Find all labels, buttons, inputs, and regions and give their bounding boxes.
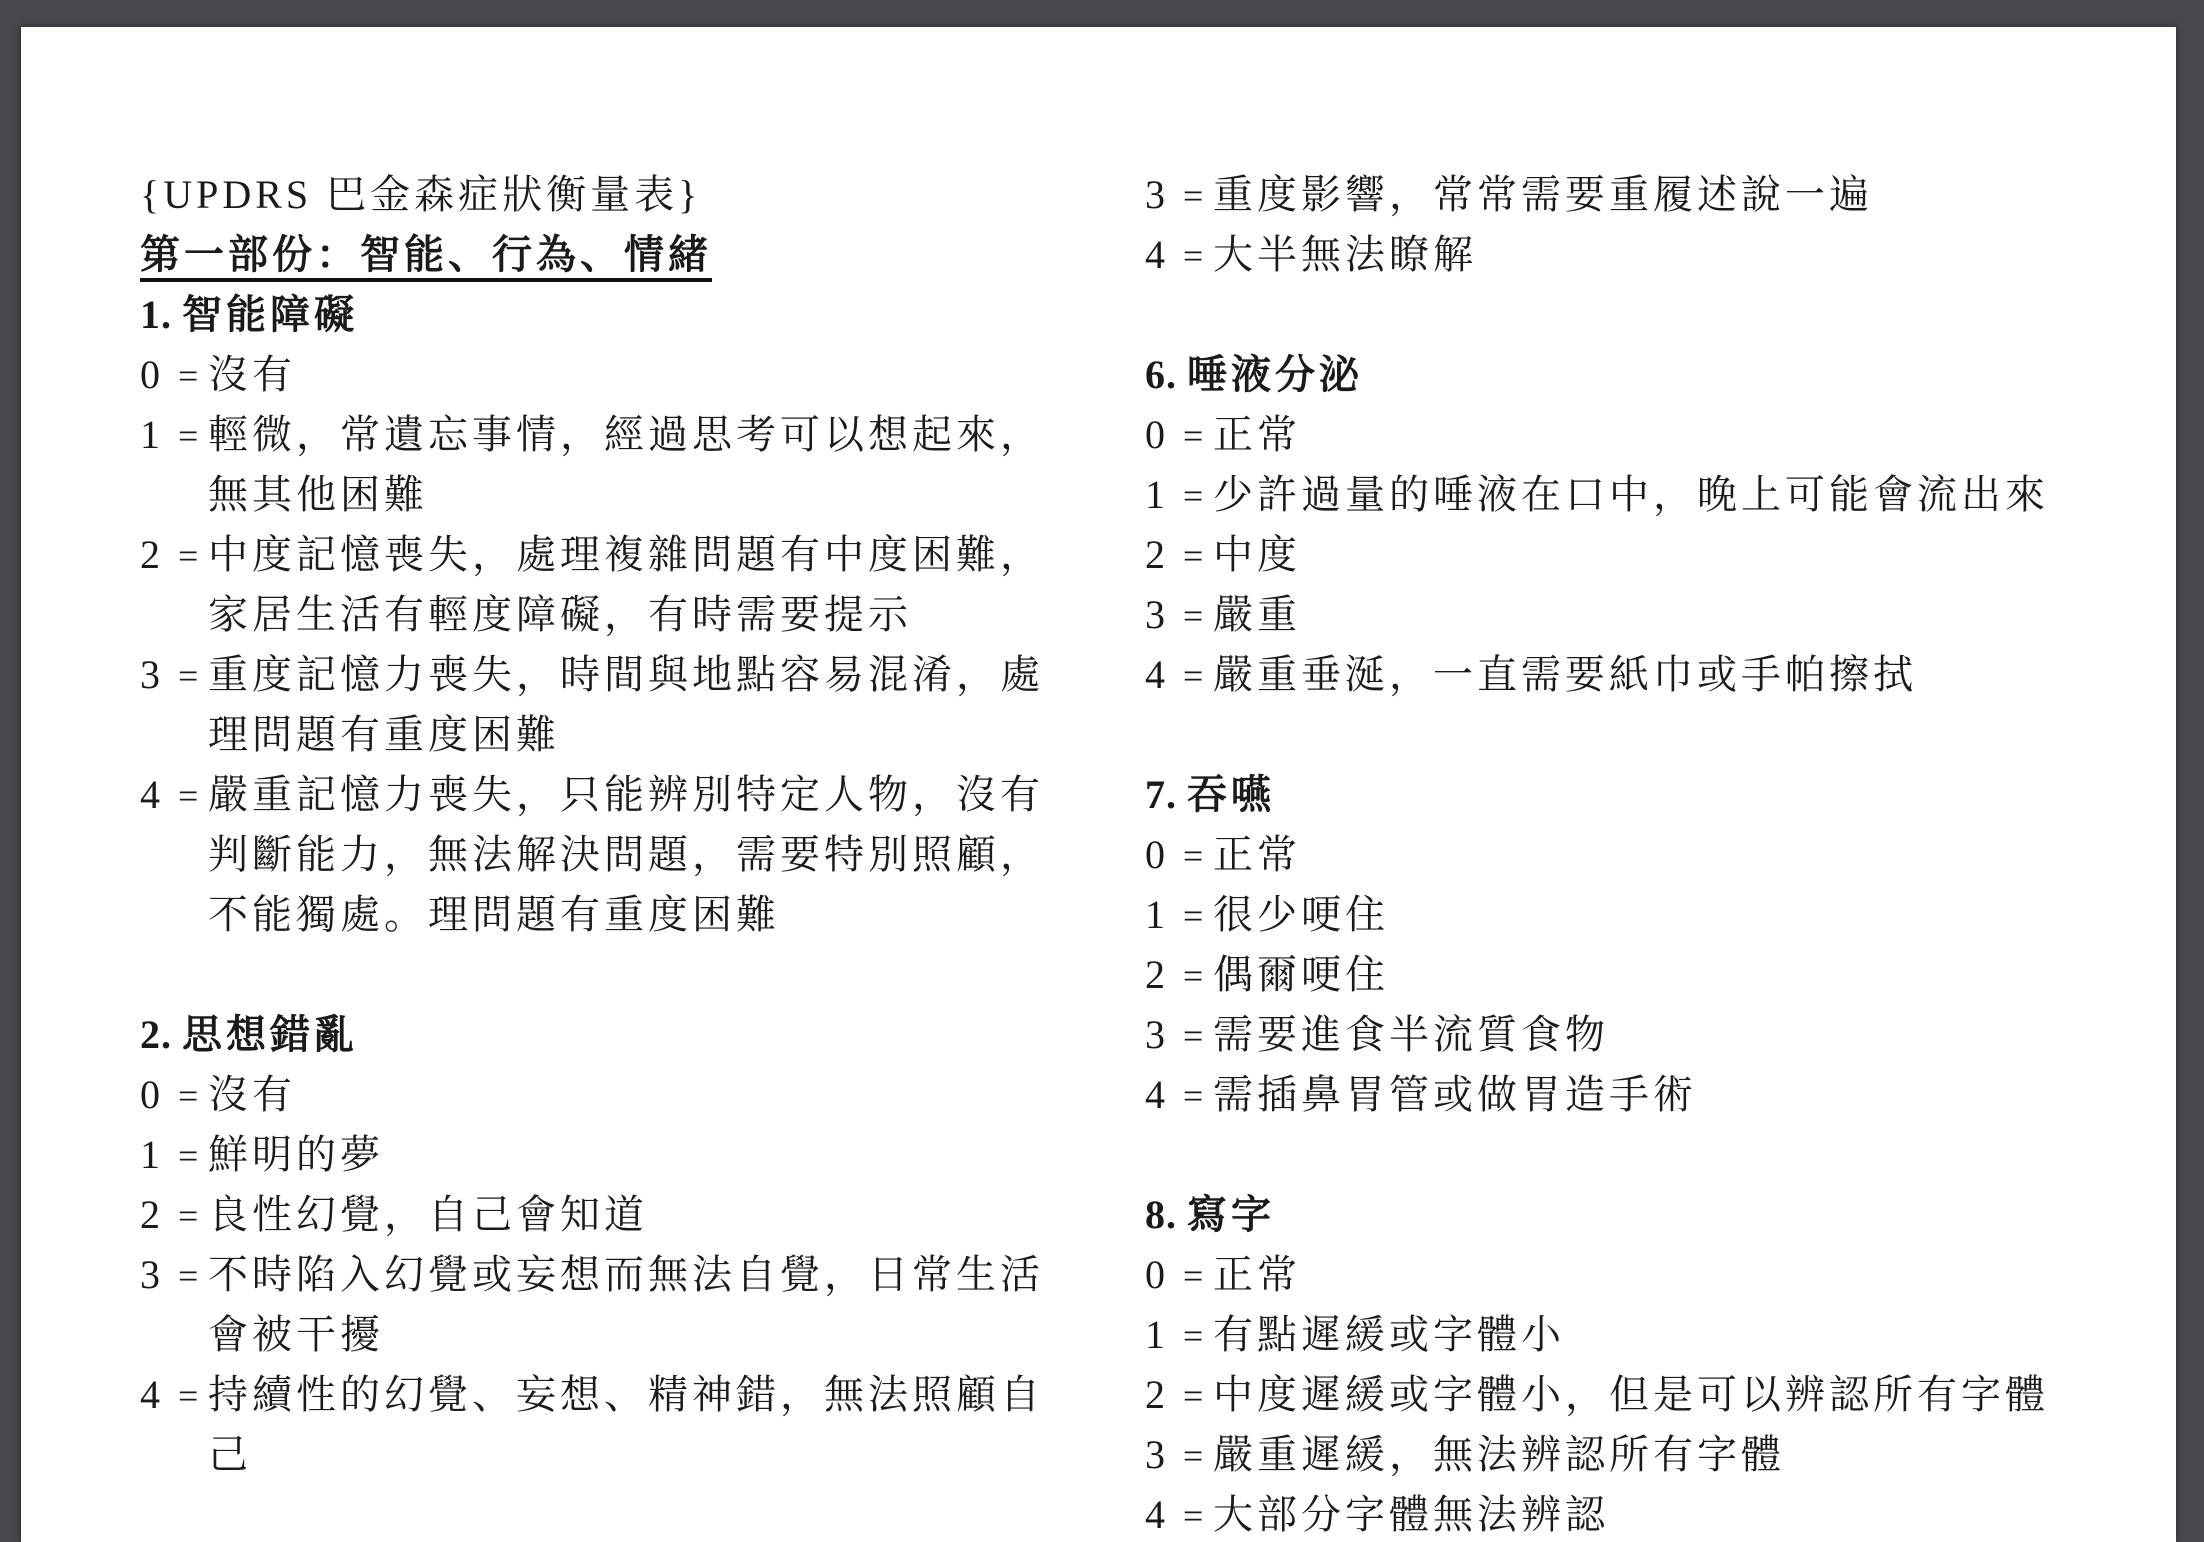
- item-title: 思想錯亂: [182, 1012, 358, 1057]
- scale-line: 1=有點遲緩或字體小: [1145, 1305, 1565, 1365]
- equals-sign: =: [1183, 826, 1213, 886]
- scale-text: 大半無法瞭解: [1213, 232, 1477, 277]
- item-title: 吞嚥: [1187, 772, 1275, 817]
- scale-line: 3=重度影響，常常需要重履述說一遍: [1145, 165, 1873, 225]
- equals-sign: =: [1183, 466, 1213, 526]
- scale-value: 3: [1145, 165, 1183, 225]
- equals-sign: =: [178, 1066, 208, 1126]
- equals-sign: =: [1183, 1486, 1213, 1542]
- scale-line: 3=嚴重: [1145, 585, 1301, 645]
- scale-text: 中度: [1213, 532, 1301, 577]
- equals-sign: =: [178, 1126, 208, 1186]
- scale-line: 4=持續性的幻覺、妄想、精神錯，無法照顧自: [140, 1365, 1044, 1425]
- scale-line: 2=偶爾哽住: [1145, 945, 1389, 1005]
- equals-sign: =: [1183, 646, 1213, 706]
- item-heading-7: 7.吞嚥: [1145, 765, 1275, 825]
- equals-sign: =: [178, 766, 208, 826]
- part-heading-text: 第一部份：智能、行為、情緒: [140, 232, 712, 282]
- item-heading-2: 2.思想錯亂: [140, 1005, 358, 1065]
- scale-line: 3=需要進食半流質食物: [1145, 1005, 1609, 1065]
- scale-text: 嚴重記憶力喪失，只能辨別特定人物，沒有: [208, 772, 1044, 817]
- scale-text: 沒有: [208, 352, 296, 397]
- equals-sign: =: [1183, 526, 1213, 586]
- scale-text-continuation: 判斷能力，無法解決問題，需要特別照顧，: [208, 832, 1044, 877]
- equals-sign: =: [1183, 406, 1213, 466]
- equals-sign: =: [1183, 1306, 1213, 1366]
- scale-value: 0: [140, 345, 178, 405]
- item-number: 8.: [1145, 1185, 1187, 1245]
- equals-sign: =: [1183, 586, 1213, 646]
- scale-line: 己: [140, 1425, 252, 1485]
- scale-line: 4=大半無法瞭解: [1145, 225, 1477, 285]
- scale-text: 嚴重垂涎，一直需要紙巾或手帕擦拭: [1213, 652, 1917, 697]
- scale-text: 正常: [1213, 412, 1301, 457]
- scale-line: 2=良性幻覺，自己會知道: [140, 1185, 648, 1245]
- item-title: 寫字: [1187, 1192, 1275, 1237]
- scale-text: 中度遲緩或字體小，但是可以辨認所有字體: [1213, 1372, 2049, 1417]
- scale-text: 正常: [1213, 832, 1301, 877]
- equals-sign: =: [1183, 166, 1213, 226]
- scale-text-continuation: 理問題有重度困難: [208, 712, 560, 757]
- scale-value: 4: [1145, 1485, 1183, 1542]
- scale-text-continuation: 不能獨處。理問題有重度困難: [208, 892, 780, 937]
- document-title: {UPDRS 巴金森症狀衡量表}: [140, 165, 701, 225]
- scale-value: 4: [1145, 225, 1183, 285]
- scale-line: 4=嚴重垂涎，一直需要紙巾或手帕擦拭: [1145, 645, 1917, 705]
- scale-line: 0=正常: [1145, 1245, 1301, 1305]
- scale-text: 持續性的幻覺、妄想、精神錯，無法照顧自: [208, 1372, 1044, 1417]
- equals-sign: =: [1183, 226, 1213, 286]
- scale-text-continuation: 家居生活有輕度障礙，有時需要提示: [208, 592, 912, 637]
- equals-sign: =: [178, 346, 208, 406]
- scale-text: 重度影響，常常需要重履述說一遍: [1213, 172, 1873, 217]
- equals-sign: =: [178, 406, 208, 466]
- equals-sign: =: [1183, 1366, 1213, 1426]
- equals-sign: =: [1183, 1426, 1213, 1486]
- scale-value: 3: [1145, 585, 1183, 645]
- item-heading-6: 6.唾液分泌: [1145, 345, 1363, 405]
- scale-line: 3=不時陷入幻覺或妄想而無法自覺，日常生活: [140, 1245, 1044, 1305]
- scale-value: 4: [140, 1365, 178, 1425]
- scale-text: 偶爾哽住: [1213, 952, 1389, 997]
- scale-text: 中度記憶喪失，處理複雜問題有中度困難，: [208, 532, 1044, 577]
- scale-value: 1: [1145, 1305, 1183, 1365]
- scale-line: 2=中度記憶喪失，處理複雜問題有中度困難，: [140, 525, 1044, 585]
- scale-text: 嚴重: [1213, 592, 1301, 637]
- item-number: 1.: [140, 285, 182, 345]
- scale-line: 理問題有重度困難: [140, 705, 560, 765]
- scale-value: 0: [1145, 405, 1183, 465]
- item-number: 2.: [140, 1005, 182, 1065]
- scale-text: 少許過量的唾液在口中，晚上可能會流出來: [1213, 472, 2049, 517]
- scale-value: 1: [1145, 465, 1183, 525]
- scale-value: 3: [140, 1245, 178, 1305]
- scale-line: 4=需插鼻胃管或做胃造手術: [1145, 1065, 1697, 1125]
- scale-text-continuation: 己: [208, 1432, 252, 1477]
- scale-value: 3: [1145, 1425, 1183, 1485]
- scale-value: 1: [1145, 885, 1183, 945]
- scale-text: 需插鼻胃管或做胃造手術: [1213, 1072, 1697, 1117]
- scale-line: 0=正常: [1145, 405, 1301, 465]
- scale-line: 0=沒有: [140, 345, 296, 405]
- scale-value: 2: [1145, 1365, 1183, 1425]
- equals-sign: =: [1183, 1066, 1213, 1126]
- scale-value: 4: [1145, 1065, 1183, 1125]
- equals-sign: =: [178, 1366, 208, 1426]
- scale-line: 1=鮮明的夢: [140, 1125, 384, 1185]
- item-title: 唾液分泌: [1187, 352, 1363, 397]
- scale-line: 2=中度遲緩或字體小，但是可以辨認所有字體: [1145, 1365, 2049, 1425]
- document-page: {UPDRS 巴金森症狀衡量表}第一部份：智能、行為、情緒1.智能障礙0=沒有1…: [21, 27, 2176, 1542]
- scale-line: 0=正常: [1145, 825, 1301, 885]
- scale-text: 很少哽住: [1213, 892, 1389, 937]
- equals-sign: =: [178, 646, 208, 706]
- scale-value: 1: [140, 1125, 178, 1185]
- scale-line: 無其他困難: [140, 465, 428, 525]
- scale-text: 正常: [1213, 1252, 1301, 1297]
- item-heading-8: 8.寫字: [1145, 1185, 1275, 1245]
- document-title-text: {UPDRS 巴金森症狀衡量表}: [140, 172, 701, 217]
- item-number: 7.: [1145, 765, 1187, 825]
- scale-value: 2: [1145, 525, 1183, 585]
- scale-text: 良性幻覺，自己會知道: [208, 1192, 648, 1237]
- scale-value: 2: [1145, 945, 1183, 1005]
- scale-text: 沒有: [208, 1072, 296, 1117]
- equals-sign: =: [178, 526, 208, 586]
- scale-line: 1=少許過量的唾液在口中，晚上可能會流出來: [1145, 465, 2049, 525]
- scale-value: 4: [1145, 645, 1183, 705]
- scale-line: 會被干擾: [140, 1305, 384, 1365]
- scale-text: 有點遲緩或字體小: [1213, 1312, 1565, 1357]
- scale-text-continuation: 會被干擾: [208, 1312, 384, 1357]
- equals-sign: =: [1183, 946, 1213, 1006]
- scale-line: 1=輕微，常遺忘事情，經過思考可以想起來，: [140, 405, 1044, 465]
- part-heading: 第一部份：智能、行為、情緒: [140, 225, 712, 285]
- scale-text: 不時陷入幻覺或妄想而無法自覺，日常生活: [208, 1252, 1044, 1297]
- scale-value: 0: [1145, 1245, 1183, 1305]
- scale-value: 0: [1145, 825, 1183, 885]
- scale-line: 0=沒有: [140, 1065, 296, 1125]
- item-heading-1: 1.智能障礙: [140, 285, 358, 345]
- scale-line: 4=嚴重記憶力喪失，只能辨別特定人物，沒有: [140, 765, 1044, 825]
- scale-text: 重度記憶力喪失，時間與地點容易混淆，處: [208, 652, 1044, 697]
- scale-line: 3=重度記憶力喪失，時間與地點容易混淆，處: [140, 645, 1044, 705]
- equals-sign: =: [1183, 886, 1213, 946]
- scale-text: 大部分字體無法辨認: [1213, 1492, 1609, 1537]
- equals-sign: =: [1183, 1246, 1213, 1306]
- scale-text-continuation: 無其他困難: [208, 472, 428, 517]
- scale-value: 2: [140, 525, 178, 585]
- equals-sign: =: [1183, 1006, 1213, 1066]
- scale-line: 4=大部分字體無法辨認: [1145, 1485, 1609, 1542]
- scale-value: 1: [140, 405, 178, 465]
- scale-text: 輕微，常遺忘事情，經過思考可以想起來，: [208, 412, 1044, 457]
- scale-text: 嚴重遲緩，無法辨認所有字體: [1213, 1432, 1785, 1477]
- scale-line: 不能獨處。理問題有重度困難: [140, 885, 780, 945]
- equals-sign: =: [178, 1246, 208, 1306]
- item-number: 6.: [1145, 345, 1187, 405]
- scale-value: 0: [140, 1065, 178, 1125]
- scale-value: 4: [140, 765, 178, 825]
- scale-line: 判斷能力，無法解決問題，需要特別照顧，: [140, 825, 1044, 885]
- equals-sign: =: [178, 1186, 208, 1246]
- scale-text: 鮮明的夢: [208, 1132, 384, 1177]
- item-title: 智能障礙: [182, 292, 358, 337]
- scale-line: 家居生活有輕度障礙，有時需要提示: [140, 585, 912, 645]
- scale-value: 3: [1145, 1005, 1183, 1065]
- scale-line: 3=嚴重遲緩，無法辨認所有字體: [1145, 1425, 1785, 1485]
- scale-line: 1=很少哽住: [1145, 885, 1389, 945]
- scale-value: 3: [140, 645, 178, 705]
- scale-line: 2=中度: [1145, 525, 1301, 585]
- scale-value: 2: [140, 1185, 178, 1245]
- scale-text: 需要進食半流質食物: [1213, 1012, 1609, 1057]
